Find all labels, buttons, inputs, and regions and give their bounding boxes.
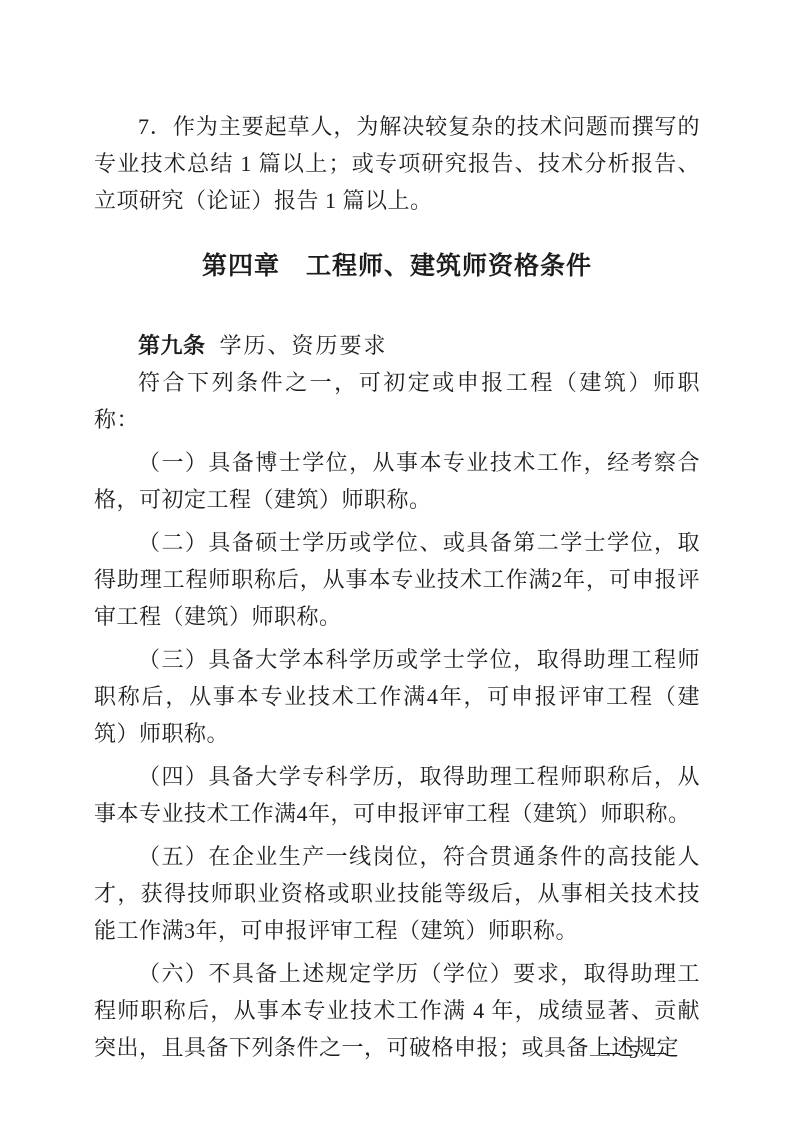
clause-item-4: （四）具备大学专科学历，取得助理工程师职称后，从事本专业技术工作满4年，可申报评… xyxy=(94,758,700,832)
clause-item-1: （一）具备博士学位，从事本专业技术工作，经考察合格，可初定工程（建筑）师职称。 xyxy=(94,444,700,518)
intro-paragraph: 符合下列条件之一，可初定或申报工程（建筑）师职称： xyxy=(94,364,700,438)
article-line: 第九条学历、资历要求 xyxy=(94,327,700,364)
document-page: 7．作为主要起草人，为解决较复杂的技术问题而撰写的专业技术总结 1 篇以上；或专… xyxy=(0,0,793,1122)
chapter-heading: 第四章 工程师、建筑师资格条件 xyxy=(94,250,700,283)
clause-list: （一）具备博士学位，从事本专业技术工作，经考察合格，可初定工程（建筑）师职称。 … xyxy=(94,444,700,1066)
article-number: 第九条 xyxy=(138,333,206,358)
clause-item-2: （二）具备硕士学历或学位、或具备第二学士学位，取得助理工程师职称后，从事本专业技… xyxy=(94,524,700,635)
clause-item-5: （五）在企业生产一线岗位，符合贯通条件的高技能人才，获得技师职业资格或职业技能等… xyxy=(94,838,700,949)
article-title: 学历、资历要求 xyxy=(220,333,388,358)
page-number: — 5 — xyxy=(601,1040,668,1066)
paragraph-item-7: 7．作为主要起草人，为解决较复杂的技术问题而撰写的专业技术总结 1 篇以上；或专… xyxy=(94,108,700,219)
clause-item-3: （三）具备大学本科学历或学士学位，取得助理工程师职称后，从事本专业技术工作满4年… xyxy=(94,641,700,752)
